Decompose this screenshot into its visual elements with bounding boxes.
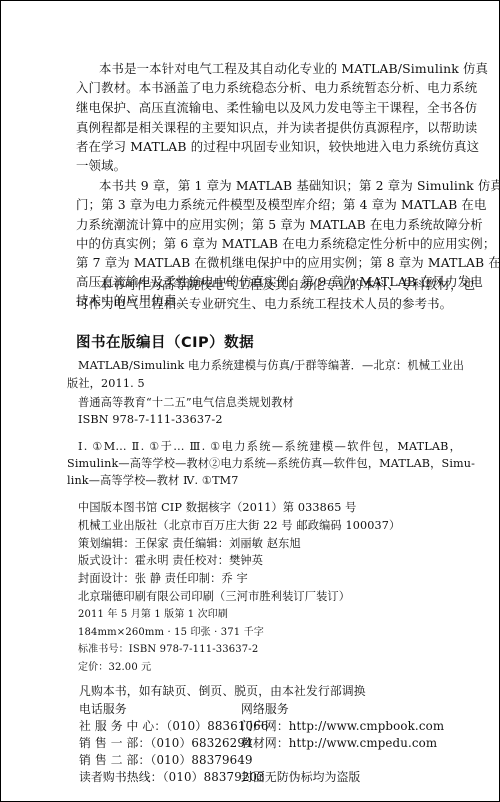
phone-service-header: 电话服务: [79, 702, 127, 716]
text-line: 力系统潮流计算中的应用实例；第 5 章为 MATLAB 在电力系统故障分析: [76, 218, 461, 232]
design-line: 版式设计：霍永明 责任校对：樊钟英: [78, 554, 263, 568]
text-line: 中的仿真实例；第 6 章为 MATLAB 在电力系统稳定性分析中的应用实例；: [76, 237, 461, 251]
text-line: 本书共 9 章，第 1 章为 MATLAB 基础知识；第 2 章为 Simuli…: [99, 179, 461, 193]
text-line: 入门教材。本书涵盖了电力系统稳态分析、电力系统暂态分析、电力系统: [76, 81, 461, 95]
cip-line: 版社，2011. 5: [67, 377, 145, 391]
format-line: 184mm×260mm · 15 印张 · 371 千字: [78, 626, 264, 640]
text-line: 本书是一本针对电气工程及其自动化专业的 MATLAB/Simulink 仿真: [99, 62, 461, 76]
edition-line: 2011 年 5 月第 1 版第 1 次印刷: [78, 608, 228, 622]
cip-class-line: Simulink—高等学校—教材②电力系统—系统仿真—软件包，MATLAB，Si…: [67, 457, 461, 471]
cip-line: MATLAB/Simulink 电力系统建模与仿真/于群等编著．—北京：机械工业…: [78, 359, 461, 373]
text-line: 本书可作为高等院校电气工程及其自动化专业的本科、专科教材，也: [99, 278, 461, 292]
cip-class-line: link—高等学校—教材 Ⅳ. ①TM7: [67, 474, 239, 488]
printer-line: 北京瑞德印刷有限公司印刷（三河市胜利装订厂装订）: [78, 590, 350, 604]
service-notice: 凡购本书，如有缺页、倒页、脱页，由本社发行部调换: [79, 684, 366, 698]
web-service-header: 网络服务: [241, 702, 289, 716]
editors-line: 策划编辑：王保家 责任编辑：刘丽敏 赵东旭: [78, 537, 301, 551]
web-portal: 门户网：http://www.cmpbook.com: [241, 719, 444, 733]
cip-class-line: Ⅰ. ①M… Ⅱ. ①于… Ⅲ. ①电力系统—系统建模—软件包，MATLAB，: [78, 440, 461, 454]
text-line: 第 7 章为 MATLAB 在微机继电保护中的应用实例；第 8 章为 MATLA…: [76, 256, 461, 270]
publisher-line: 机械工业出版社（北京市百万庄大街 22 号 邮政编码 100037）: [78, 519, 400, 533]
phone-sales-2: 销 售 二 部：（010）88379649: [79, 753, 253, 767]
web-textbook: 教材网：http://www.cmpedu.com: [241, 736, 437, 750]
cip-record-number: 中国版本图书馆 CIP 数据核字（2011）第 033865 号: [78, 501, 357, 515]
phone-sales-1: 销 售 一 部：（010）68326294: [79, 736, 253, 750]
phone-reader-hotline: 读者购书热线：（010）88379203: [79, 770, 265, 784]
text-line: 者在学习 MATLAB 的过程中巩固专业知识，较快地进入电力系统仿真这: [76, 140, 461, 154]
price-line: 定价：32.00 元: [78, 661, 151, 675]
cip-heading: 图书在版编目（CIP）数据: [76, 335, 254, 351]
text-line: 真例程都是相关课程的主要知识点，并为读者提供仿真源程序，以帮助读: [76, 121, 461, 135]
text-line: 继电保护、高压直流输电、柔性输电以及风力发电等主干课程，全书各仿: [76, 101, 461, 115]
text-line: 门；第 3 章为电力系统元件模型及模型库介绍；第 4 章为 MATLAB 在电: [76, 198, 461, 212]
text-line: 一领域。: [76, 159, 126, 173]
anti-piracy-notice: 封面无防伪标均为盗版: [241, 770, 360, 784]
copyright-page: 本书是一本针对电气工程及其自动化专业的 MATLAB/Simulink 仿真 入…: [0, 0, 500, 802]
cip-line: 普通高等教育“十二五”电气信息类规划教材: [78, 396, 294, 410]
cover-line: 封面设计：张 静 责任印制：乔 宇: [78, 572, 248, 586]
isbn-line: 标准书号：ISBN 978-7-111-33637-2: [78, 643, 258, 657]
text-line: 可作为电气工程相关专业研究生、电力系统工程技术人员的参考书。: [76, 297, 452, 311]
cip-line: ISBN 978-7-111-33637-2: [78, 413, 223, 427]
